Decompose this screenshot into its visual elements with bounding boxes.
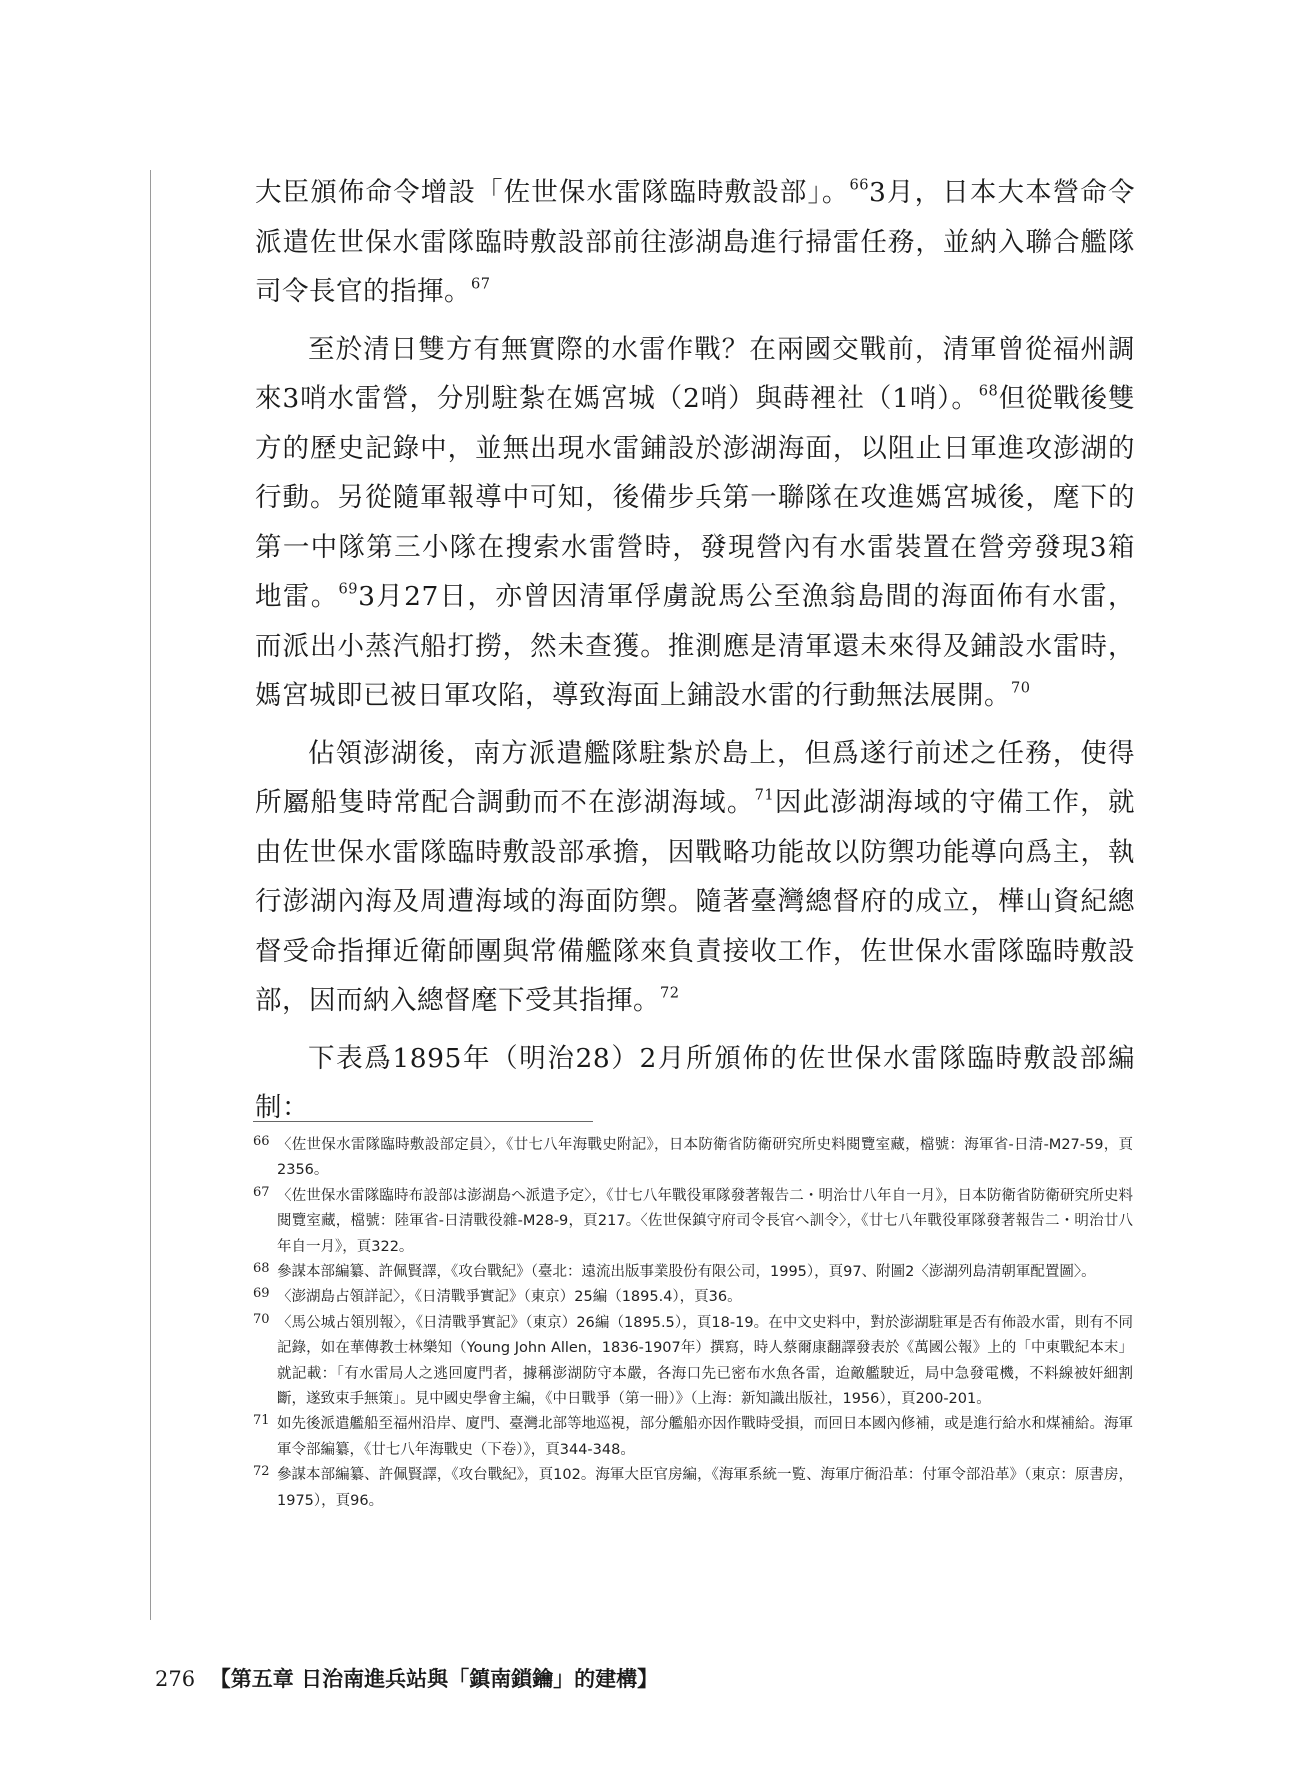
paragraph-1: 大臣頒佈命令增設「佐世保水雷隊臨時敷設部」。663月，日本大本營命令派遣佐世保水… (255, 168, 1135, 317)
running-footer: 276 【第五章 日治南進兵站與「鎮南鎖鑰」的建構】 (155, 1663, 658, 1693)
footnote-71: 71 如先後派遣艦船至福州沿岸、廈門、臺灣北部等地巡視，部分艦船亦因作戰時受損，… (253, 1412, 1133, 1463)
footnote-number: 71 (253, 1408, 270, 1433)
paragraph-3: 佔領澎湖後，南方派遣艦隊駐紮於島上，但爲遂行前述之任務，使得所屬船隻時常配合調動… (255, 729, 1135, 1026)
footnote-text: 〈佐世保水雷隊臨時布設部は澎湖島へ派遣予定〉，《廿七八年戰役軍隊發著報告二・明治… (277, 1188, 1133, 1255)
footnote-number: 67 (253, 1180, 270, 1205)
footnote-text: 〈馬公城占領別報〉，《日清戰爭實記》（東京）26編（1895.5），頁18-19… (277, 1315, 1133, 1407)
footnote-72: 72 參謀本部編纂、許佩賢譯，《攻台戰紀》，頁102。海軍大臣官房編，《海軍系統… (253, 1463, 1133, 1514)
footnote-67: 67 〈佐世保水雷隊臨時布設部は澎湖島へ派遣予定〉，《廿七八年戰役軍隊發著報告二… (253, 1184, 1133, 1260)
footnote-text: 〈佐世保水雷隊臨時敷設部定員〉，《廿七八年海戰史附記》，日本防衛省防衛研究所史料… (277, 1137, 1133, 1178)
footnote-ref-71: 71 (755, 786, 775, 803)
footnote-ref-68: 68 (979, 382, 999, 399)
footnote-number: 72 (253, 1459, 270, 1484)
footnote-number: 69 (253, 1281, 270, 1306)
footnote-ref-70: 70 (1011, 679, 1031, 696)
paragraph-4: 下表爲1895年（明治28）2月所頒佈的佐世保水雷隊臨時敷設部編制： (255, 1034, 1135, 1133)
chapter-title: 【第五章 日治南進兵站與「鎮南鎖鑰」的建構】 (210, 1666, 658, 1691)
footnote-66: 66 〈佐世保水雷隊臨時敷設部定員〉，《廿七八年海戰史附記》，日本防衛省防衛研究… (253, 1133, 1133, 1184)
footnote-number: 66 (253, 1129, 270, 1154)
page-number: 276 (155, 1667, 195, 1691)
body-text-run: 3月27日，亦曾因清軍俘虜說馬公至漁翁島間的海面佈有水雷，而派出小蒸汽船打撈，然… (255, 581, 1135, 711)
footnote-number: 68 (253, 1256, 270, 1281)
footnote-separator (253, 1121, 593, 1122)
footnote-ref-67: 67 (471, 275, 491, 292)
footnote-69: 69 〈澎湖島占領詳記〉，《日清戰爭實記》（東京）25編（1895.4），頁36… (253, 1285, 1133, 1310)
footnote-text: 參謀本部編纂、許佩賢譯，《攻台戰紀》，頁102。海軍大臣官房編，《海軍系統一覧、… (277, 1467, 1133, 1508)
footnote-text: 如先後派遣艦船至福州沿岸、廈門、臺灣北部等地巡視，部分艦船亦因作戰時受損，而回日… (277, 1416, 1133, 1457)
footnote-70: 70 〈馬公城占領別報〉，《日清戰爭實記》（東京）26編（1895.5），頁18… (253, 1311, 1133, 1413)
footnote-ref-69: 69 (339, 580, 359, 597)
footnote-text: 〈澎湖島占領詳記〉，《日清戰爭實記》（東京）25編（1895.4），頁36。 (277, 1289, 742, 1305)
margin-rule (150, 170, 151, 1620)
body-text-run: 大臣頒佈命令增設「佐世保水雷隊臨時敷設部」。 (255, 177, 849, 208)
footnote-ref-66: 66 (849, 176, 869, 193)
body-text-run: 因此澎湖海域的守備工作，就由佐世保水雷隊臨時敷設部承擔，因戰略功能故以防禦功能導… (255, 787, 1135, 1016)
body-text-run: 但從戰後雙方的歷史記錄中，並無出現水雷鋪設於澎湖海面，以阻止日軍進攻澎湖的行動。… (255, 383, 1135, 612)
footnote-ref-72: 72 (660, 984, 680, 1001)
paragraph-2: 至於清日雙方有無實際的水雷作戰？在兩國交戰前，清軍曾從福州調來3哨水雷營，分別駐… (255, 325, 1135, 721)
body-text: 大臣頒佈命令增設「佐世保水雷隊臨時敷設部」。663月，日本大本營命令派遣佐世保水… (255, 168, 1135, 1141)
footnote-68: 68 參謀本部編纂、許佩賢譯，《攻台戰紀》（臺北：遠流出版事業股份有限公司，19… (253, 1260, 1133, 1285)
footnote-number: 70 (253, 1307, 270, 1332)
body-text-run: 下表爲1895年（明治28）2月所頒佈的佐世保水雷隊臨時敷設部編制： (255, 1043, 1135, 1124)
footnotes: 66 〈佐世保水雷隊臨時敷設部定員〉，《廿七八年海戰史附記》，日本防衛省防衛研究… (253, 1133, 1133, 1514)
footnote-text: 參謀本部編纂、許佩賢譯，《攻台戰紀》（臺北：遠流出版事業股份有限公司，1995）… (277, 1264, 1096, 1280)
